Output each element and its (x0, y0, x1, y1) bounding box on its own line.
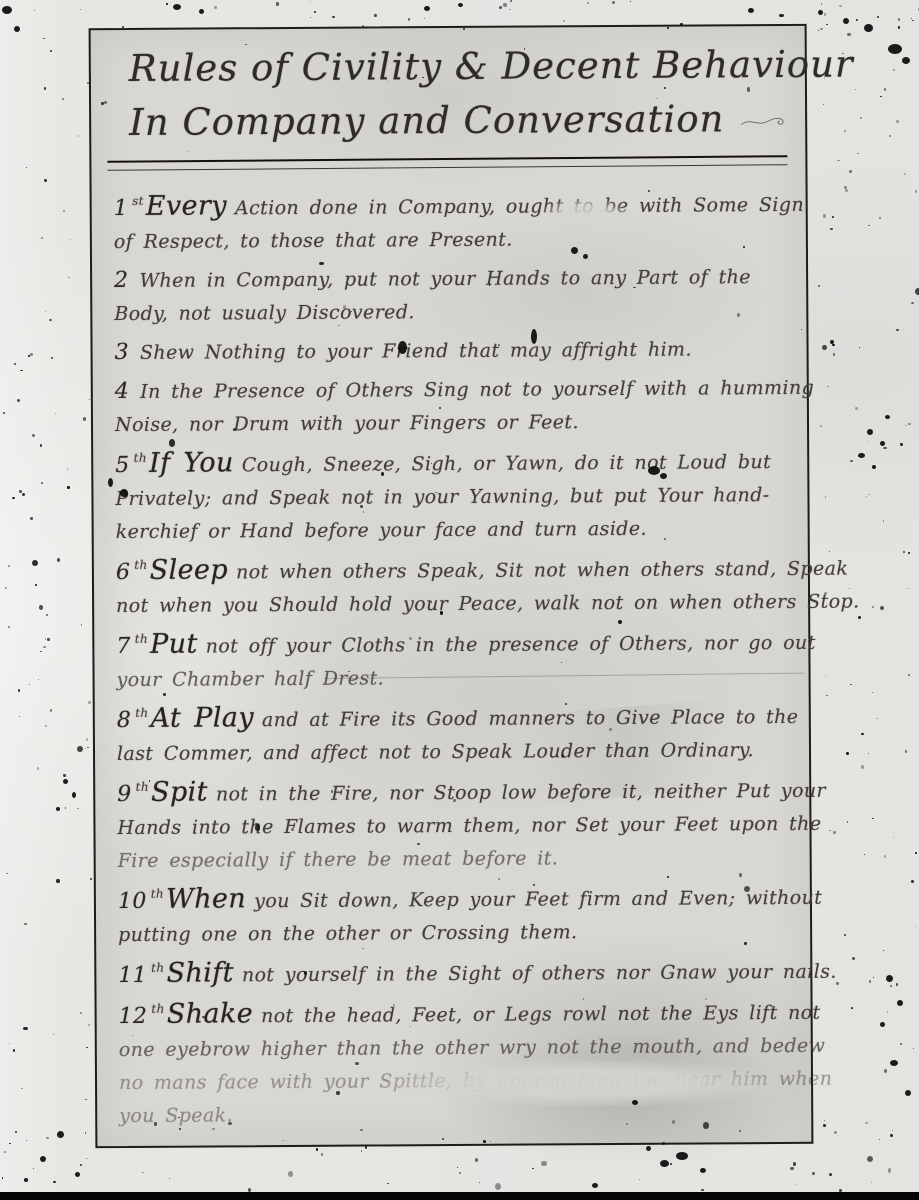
speck (915, 190, 917, 192)
rule-line: 12thShakenot the head, Feet, or Legs row… (119, 994, 795, 1034)
page-frame: Rules of Civility & Decent Behaviour In … (89, 24, 814, 1148)
rule-line: 2When in Company, put not your Hands to … (114, 260, 790, 298)
speck (849, 170, 852, 173)
rule-number: 11 (118, 963, 147, 988)
speck (884, 855, 886, 858)
rule-line: 9thSpitnot in the Fire, nor Stoop low be… (117, 772, 793, 812)
speck (70, 239, 71, 240)
speck (880, 96, 882, 97)
speck (660, 1160, 669, 1167)
speck (18, 689, 20, 692)
rule-number-suffix: th (134, 558, 147, 572)
speck (85, 1099, 87, 1100)
speck (41, 482, 44, 484)
speck (509, 9, 511, 11)
speck (499, 6, 502, 9)
speck (38, 679, 39, 680)
rule-line: your Chamber half Drest. (116, 660, 792, 697)
rule-number: 10 (118, 889, 147, 914)
rule-item: 7thPutnot off your Cloths in the presenc… (116, 624, 792, 697)
speck (832, 216, 834, 218)
speck (30, 517, 33, 520)
speck (880, 1022, 885, 1027)
speck (845, 189, 847, 192)
speck (830, 228, 832, 230)
document-header: Rules of Civility & Decent Behaviour In … (105, 26, 790, 150)
speck (9, 1143, 10, 1144)
speck (310, 1, 311, 2)
rule-item: 4In the Presence of Others Sing not to y… (115, 371, 791, 442)
speck (475, 1158, 478, 1162)
speck (893, 69, 894, 70)
speck (67, 468, 68, 469)
speck (45, 725, 47, 727)
rule-text: not off your Cloths in the presence of O… (206, 632, 816, 658)
speck (889, 135, 891, 137)
speck (26, 167, 27, 168)
speck (45, 638, 46, 639)
speck (876, 718, 878, 719)
speck (779, 14, 784, 18)
speck (310, 17, 311, 18)
speck (818, 10, 823, 15)
rule-number: 3 (114, 340, 129, 365)
speck (374, 14, 377, 17)
speck (34, 10, 35, 12)
speck (823, 1124, 826, 1126)
rule-line: one eyebrow higher than the other wry no… (119, 1030, 795, 1067)
speck (896, 329, 898, 331)
title-divider (107, 155, 787, 171)
rule-line: last Commer, and affect not to Speak Lou… (117, 734, 793, 771)
speck (898, 26, 900, 29)
speck (15, 1131, 17, 1133)
speck (871, 1182, 872, 1184)
speck (361, 1150, 363, 1151)
speck (459, 1172, 462, 1174)
speck (826, 695, 827, 696)
speck (827, 386, 829, 387)
rule-text: When in Company, put not your Hands to a… (139, 266, 751, 292)
speck (44, 179, 47, 182)
speck (86, 1047, 87, 1048)
document-title-line2: In Company and Conversation (129, 92, 725, 150)
speck (867, 1156, 873, 1162)
rule-number-suffix: th (134, 451, 147, 465)
speck (75, 1172, 80, 1177)
speck (847, 33, 850, 36)
speck (457, 1167, 458, 1168)
rule-line: Privately; and Speak not in your Yawning… (115, 479, 791, 516)
rule-line: no mans face with your Spittle, by appro… (119, 1063, 795, 1100)
speck (890, 1060, 898, 1066)
speck (65, 807, 67, 809)
speck (670, 1163, 672, 1165)
speck (829, 1173, 832, 1176)
speck (790, 1167, 793, 1170)
rule-text: and at Fire its Good manners to Give Pla… (262, 706, 799, 731)
rule-number-suffix: th (135, 632, 148, 646)
speck (844, 934, 846, 936)
speck (843, 18, 849, 24)
speck (884, 1069, 887, 1073)
speck (87, 747, 89, 749)
speck (915, 852, 918, 854)
rule-text: not yourself in the Sight of others nor … (242, 961, 837, 987)
title-flourish-icon (740, 100, 789, 144)
speck (85, 748, 86, 749)
rule-number: 12 (119, 1004, 148, 1029)
speck (896, 983, 898, 986)
speck (825, 496, 827, 497)
rule-number-suffix: th (151, 960, 164, 974)
rule-item: 5thIf YouCough, Sneeze, Sigh, or Yawn, d… (115, 443, 792, 549)
speck (630, 1, 631, 2)
speck (85, 1132, 87, 1134)
speck (893, 837, 894, 838)
speck (858, 616, 861, 619)
rule-lead-word: Put (150, 629, 198, 660)
speck (408, 18, 410, 21)
speck (166, 3, 168, 4)
speck (890, 1134, 893, 1137)
speck (8, 565, 10, 567)
speck (793, 1162, 796, 1166)
speck (495, 1183, 501, 1190)
speck (56, 807, 60, 811)
rule-number: 6 (116, 560, 131, 585)
speck (867, 441, 869, 443)
rule-line: of Respect, to those that are Present. (114, 222, 790, 259)
speck (90, 878, 92, 880)
speck (820, 425, 822, 426)
speck (825, 675, 827, 676)
rule-text: not in the Fire, nor Stoop low before it… (216, 780, 826, 806)
rule-line: Fire especially if there be meat before … (118, 841, 794, 878)
speck (883, 447, 886, 450)
rule-text: Cough, Sneeze, Sigh, or Yawn, do it not … (242, 451, 771, 476)
speck (53, 1034, 55, 1035)
speck (830, 340, 834, 344)
scan-edge-bar (0, 1192, 919, 1200)
speck (63, 210, 66, 212)
speck (905, 425, 907, 427)
rule-number-suffix: th (135, 706, 148, 720)
speck (867, 429, 873, 435)
speck (503, 3, 506, 7)
speck (24, 923, 27, 926)
speck (43, 646, 46, 648)
speck (880, 606, 884, 610)
speck (866, 496, 867, 497)
speck (868, 494, 869, 495)
speck (86, 1158, 87, 1159)
document-title-line1: Rules of Civility & Decent Behaviour (129, 38, 789, 96)
rules-list: 1stEveryAction done in Company, ought to… (106, 186, 796, 1133)
speck (849, 588, 850, 589)
speck (21, 1088, 23, 1090)
speck (824, 13, 826, 16)
speck (885, 415, 890, 419)
speck (676, 1152, 688, 1160)
speck (907, 588, 908, 589)
speck (288, 1171, 293, 1177)
rule-text: In the Presence of Others Sing not to yo… (140, 377, 814, 403)
speck (844, 186, 847, 189)
speck (904, 173, 906, 175)
speck (424, 18, 425, 19)
speck (864, 854, 865, 855)
speck (32, 434, 35, 436)
speck (821, 3, 822, 4)
speck (888, 1168, 891, 1172)
speck (57, 1131, 64, 1138)
speck (86, 738, 88, 740)
speck (20, 370, 22, 372)
speck (896, 120, 899, 123)
speck (911, 302, 914, 304)
rule-item: 6thSleepnot when others Speak, Sit not w… (116, 550, 792, 623)
speck (748, 8, 754, 13)
speck (9, 1043, 10, 1044)
speck (33, 1168, 34, 1169)
speck (23, 1027, 28, 1030)
speck (77, 808, 78, 810)
speck (55, 413, 56, 414)
speck (861, 765, 864, 769)
rule-item: 9thSpitnot in the Fire, nor Stoop low be… (117, 772, 794, 878)
speck (861, 733, 864, 735)
speck (81, 624, 83, 626)
speck (639, 1179, 640, 1180)
speck (80, 1164, 82, 1166)
speck (612, 1, 615, 4)
rule-item: 2When in Company, put not your Hands to … (114, 260, 790, 331)
speck (912, 20, 913, 21)
speck (2, 6, 12, 14)
speck (40, 1156, 46, 1162)
speck (3, 412, 5, 414)
speck (859, 347, 860, 348)
speck (387, 1183, 389, 1185)
speck (316, 1148, 318, 1150)
speck (822, 345, 826, 350)
speck (19, 490, 22, 494)
speck (701, 1189, 704, 1192)
speck (818, 285, 820, 287)
rule-item: 12thShakenot the head, Feet, or Legs row… (119, 994, 796, 1133)
speck (850, 684, 852, 685)
speck (51, 357, 53, 359)
speck (900, 1043, 902, 1046)
speck (869, 980, 871, 983)
speck (169, 1178, 170, 1179)
rule-line: 8thAt Playand at Fire its Good manners t… (117, 698, 793, 738)
rule-number-suffix: th (151, 886, 164, 900)
speck (39, 605, 43, 610)
speck (314, 11, 316, 13)
speck (905, 750, 908, 753)
speck (886, 975, 893, 982)
speck (839, 5, 842, 7)
speck (46, 614, 48, 616)
rule-lead-word: Sleep (150, 554, 229, 585)
document-title-row2: In Company and Conversation (129, 92, 789, 150)
speck (820, 28, 823, 31)
speck (40, 651, 42, 652)
speck (47, 638, 50, 641)
speck (62, 98, 64, 100)
speck (833, 353, 835, 355)
speck (8, 626, 10, 628)
rule-lead-word: Spit (151, 776, 208, 807)
speck (913, 1048, 914, 1049)
speck (872, 692, 873, 693)
rule-line: not when you Should hold your Peace, wal… (116, 586, 792, 623)
speck (823, 104, 825, 105)
rule-lead-word: Shift (166, 957, 234, 988)
speck (903, 551, 905, 553)
speck (6, 873, 7, 874)
speck (855, 89, 856, 90)
speck (4, 1151, 5, 1153)
speck (14, 363, 15, 365)
speck (818, 30, 819, 31)
speck (13, 1049, 15, 1052)
rule-line: you Speak. (119, 1096, 795, 1133)
rule-line: putting one on the other or Crossing the… (118, 915, 794, 952)
speck (826, 24, 828, 26)
rule-number-suffix: th (136, 780, 149, 794)
speck (851, 1007, 853, 1009)
speck (19, 716, 20, 717)
speck (199, 9, 204, 14)
rule-number: 7 (116, 634, 131, 659)
speck (905, 1090, 911, 1096)
speck (812, 1172, 815, 1175)
speck (872, 465, 876, 469)
rule-text: not when others Speak, Sit not when othe… (236, 558, 848, 584)
speck (24, 1178, 28, 1182)
speck (77, 746, 83, 752)
speck (872, 818, 874, 819)
speck (880, 441, 885, 446)
rule-item: 3Shew Nothing to your Friend that may af… (114, 332, 790, 370)
speck (847, 821, 849, 823)
speck (44, 87, 46, 89)
speck (332, 16, 335, 19)
rule-line: 4In the Presence of Others Sing not to y… (115, 371, 791, 409)
speck (43, 38, 45, 40)
speck (829, 830, 830, 832)
speck (872, 606, 874, 608)
rule-number: 8 (117, 708, 132, 733)
speck (887, 1011, 888, 1013)
speck (824, 1120, 825, 1121)
speck (888, 44, 902, 54)
speck (173, 4, 181, 10)
speck (796, 1184, 797, 1185)
speck (884, 88, 886, 91)
rule-line: 1stEveryAction done in Company, ought to… (114, 186, 790, 226)
speck (829, 551, 830, 552)
speck (908, 674, 910, 676)
speck (908, 552, 909, 554)
rule-line: 6thSleepnot when others Speak, Sit not w… (116, 550, 792, 590)
speck (700, 1168, 706, 1173)
speck (458, 3, 463, 7)
speck (479, 1182, 480, 1183)
rule-number: 4 (115, 379, 130, 404)
speck (879, 217, 881, 219)
speck (646, 1146, 651, 1151)
speck (57, 558, 60, 561)
rule-line: Body, not usualy Discovered. (114, 294, 790, 331)
speck (22, 493, 25, 496)
speck (915, 288, 919, 294)
speck (892, 1130, 893, 1131)
speck (40, 444, 42, 446)
rule-number: 2 (114, 268, 129, 293)
speck (88, 701, 91, 704)
speck (883, 520, 884, 521)
speck (83, 417, 86, 421)
speck (837, 160, 839, 162)
speck (908, 423, 910, 426)
speck (142, 1172, 144, 1173)
speck (850, 460, 853, 462)
rule-lead-word: When (166, 883, 246, 914)
speck (877, 16, 879, 18)
rule-line: 3Shew Nothing to your Friend that may af… (114, 332, 790, 370)
speck (541, 1161, 546, 1166)
speck (72, 792, 76, 798)
speck (890, 985, 891, 986)
rule-number-suffix: th (151, 1001, 164, 1015)
speck (587, 2, 589, 4)
speck (321, 1153, 324, 1156)
rule-text: Shew Nothing to your Friend that may aff… (140, 339, 692, 364)
speck (41, 237, 43, 239)
rule-number: 1 (114, 196, 129, 221)
speck (823, 214, 826, 218)
rule-line: 10thWhenyou Sit down, Keep your Feet fir… (118, 879, 794, 919)
speck (868, 225, 870, 226)
speck (17, 399, 20, 402)
rule-text: Action done in Company, ought to be with… (235, 194, 804, 219)
rule-number: 5 (115, 453, 130, 478)
speck (214, 6, 217, 9)
speck (832, 344, 834, 347)
rule-text: not the head, Feet, or Legs rowl not the… (261, 1002, 821, 1027)
speck (67, 486, 69, 489)
speck (68, 277, 70, 279)
speck (30, 353, 33, 357)
speck (88, 1024, 90, 1026)
rule-lead-word: At Play (150, 702, 254, 734)
speck (45, 311, 46, 312)
speck (50, 709, 53, 712)
speck (50, 50, 52, 52)
speck (900, 443, 903, 446)
speck (12, 497, 14, 499)
speck (53, 1181, 56, 1184)
speck (29, 684, 30, 685)
speck (2, 1177, 4, 1179)
speck (868, 753, 869, 754)
speck (63, 774, 65, 777)
rule-line: kerchief or Hand before your face and tu… (116, 512, 792, 549)
